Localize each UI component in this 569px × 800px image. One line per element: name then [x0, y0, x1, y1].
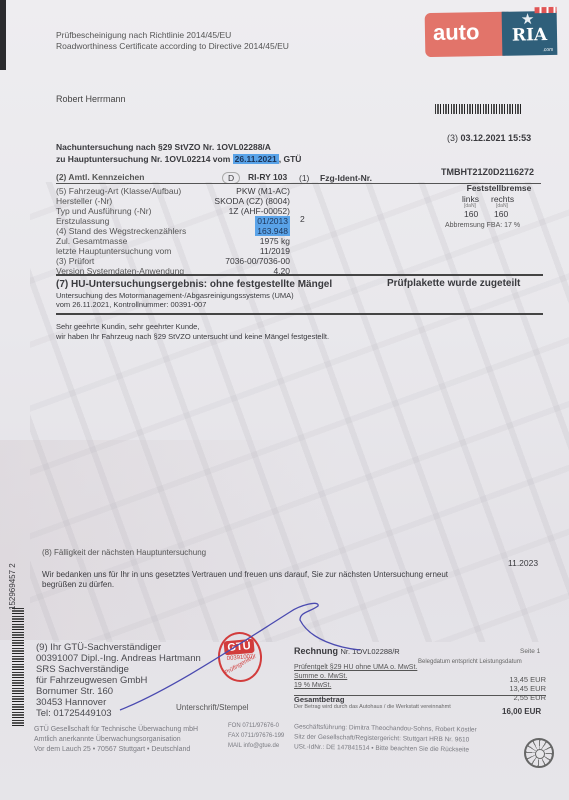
footer-company-line: Amtlich anerkannte Überwachungsorganisat…: [34, 735, 181, 745]
uma-line-2: vom 26.11.2021, Kontrollnummer: 00391-00…: [56, 300, 206, 310]
field-value: 163.948: [190, 226, 290, 236]
field-value: PKW (M1-AC): [190, 186, 290, 196]
expert-line: Tel: 01725449103: [36, 708, 112, 719]
footer-contact-line: FON 0711/97676-0: [228, 722, 279, 732]
invoice-row-value: 13,45 EUR: [470, 675, 546, 684]
field-extra: 2: [300, 214, 305, 224]
sticker-status: Prüfplakette wurde zugeteilt: [387, 278, 520, 289]
autoria-logo: auto ★ RIA .com: [425, 11, 558, 57]
field-value: 1975 kg: [190, 236, 290, 246]
expert-line: für Fahrzeugwesen GmbH: [36, 675, 147, 686]
invoice-row-value: 13,45 EUR: [470, 684, 546, 693]
footer-contact-line: FAX 0711/97676-199: [228, 732, 284, 742]
field-value: 01/2013: [190, 216, 290, 226]
wheel-logo-icon: [524, 738, 554, 768]
invoice-page: Seite 1: [520, 648, 540, 655]
field-label: letzte Hauptuntersuchung vom: [56, 246, 171, 256]
paper-fold: [0, 440, 569, 640]
footer-contact-line: MAIL info@gtue.de: [228, 742, 279, 752]
recipient-name: Robert Herrmann: [56, 94, 126, 104]
field-label: Hersteller (-Nr): [56, 196, 112, 206]
field-label: (5) Fahrzeug-Art (Klasse/Aufbau): [56, 186, 181, 196]
inspection-date-highlight: 26.11.2021: [233, 154, 279, 164]
expert-line: (9) Ihr GTÜ-Sachverständiger: [36, 642, 161, 653]
expert-line: Bornumer Str. 160: [36, 686, 113, 697]
invoice-total-value: 16,00 EUR: [502, 707, 541, 716]
field-label: Erstzulassung: [56, 216, 109, 226]
divider: [56, 274, 543, 276]
logo-ria: ★ RIA .com: [502, 11, 558, 56]
invoice-total-label: Gesamtbetrag: [294, 695, 344, 704]
brake-right-value: 160: [494, 209, 508, 219]
stamp-brand: GTÜ: [224, 639, 255, 656]
inspection-line-2: zu Hauptuntersuchung Nr. 1OVL02214 vom 2…: [56, 154, 301, 164]
expert-line: SRS Sachverständige: [36, 664, 129, 675]
logo-ria-text: RIA: [512, 25, 548, 46]
footer-legal-line: USt.-IdNr.: DE 147841514 • Bitte beachte…: [294, 742, 469, 755]
field-value: SKODA (CZ) (8004): [190, 196, 290, 206]
logo-domain: .com: [542, 47, 553, 53]
page-edge: [0, 0, 6, 70]
brake-left-value: 160: [464, 209, 478, 219]
thanks-line-2: begrüßen zu dürfen.: [42, 580, 114, 590]
field-value: 11/2019: [190, 246, 290, 256]
vin-label-num: (1): [299, 173, 309, 183]
side-barcode: [12, 608, 24, 726]
brake-title: Feststellbremse: [456, 183, 542, 193]
invoice-total-note: Der Betrag wird durch das Autohaus / die…: [294, 704, 451, 710]
star-icon: ★: [522, 12, 534, 27]
result-title: (7) HU-Untersuchungsergebnis: ohne festg…: [56, 279, 332, 290]
inspection-line-1: Nachuntersuchung nach §29 StVZO Nr. 1OVL…: [56, 142, 271, 152]
signature-label: Unterschrift/Stempel: [176, 703, 248, 712]
logo-auto: auto: [425, 12, 506, 57]
invoice-row-label: Prüfentgelt §29 HU ohne UMA o. MwSt.: [294, 664, 417, 671]
invoice-header: Rechnung Nr. 1OVL02288/R: [294, 646, 400, 656]
field-value: 1Z (AHF-00052): [190, 206, 290, 216]
field-label: (4) Stand des Wegstreckenzählers: [56, 226, 186, 236]
greeting: Sehr geehrte Kundin, sehr geehrter Kunde…: [56, 322, 199, 332]
footer-company-line: Vor dem Lauch 25 • 70567 Stuttgart • Deu…: [34, 745, 190, 755]
plate-label: (2) Amtl. Kennzeichen: [56, 172, 144, 182]
vin-value: TMBHT21Z0D2116272: [441, 167, 534, 177]
footer-company-line: GTÜ Gesellschaft für Technische Überwach…: [34, 725, 198, 735]
result-message: wir haben Ihr Fahrzeug nach §29 StVZO un…: [56, 332, 329, 342]
invoice-date-note: Belegdatum entspricht Leistungsdatum: [418, 659, 522, 665]
invoice-row-label: Summe o. MwSt.: [294, 673, 347, 680]
title-en: Roadworthiness Certificate according to …: [56, 41, 289, 52]
thanks-line-1: Wir bedanken uns für Ihr in uns gesetzte…: [42, 570, 448, 580]
field-value: 7036-00/7036-00: [190, 256, 290, 266]
print-datetime: (3) 03.12.2021 15:53: [447, 133, 531, 143]
brake-fba: Abbremsung FBA: 17 %: [445, 222, 520, 229]
field-label: Typ und Ausführung (-Nr): [56, 206, 151, 216]
field-label: (3) Prüfort: [56, 256, 94, 266]
flag-stripes: [535, 7, 557, 13]
expert-line: 00391007 Dipl.-Ing. Andreas Hartmann: [36, 653, 201, 664]
side-number: 152969457 2: [8, 540, 17, 610]
next-inspection-label: (8) Fälligkeit der nächsten Hauptuntersu…: [42, 548, 206, 558]
vin-label: Fzg-Ident-Nr.: [320, 173, 372, 183]
certificate-page: Prüfbescheinigung nach Richtlinie 2014/4…: [0, 0, 569, 800]
barcode: [435, 104, 523, 114]
title-de: Prüfbescheinigung nach Richtlinie 2014/4…: [56, 30, 231, 41]
divider: [56, 313, 543, 315]
next-inspection-value: 11.2023: [508, 558, 538, 568]
invoice-row-label: 19 % MwSt.: [294, 682, 331, 689]
plate-number: RI-RY 103: [248, 172, 287, 182]
field-label: Zul. Gesamtmasse: [56, 236, 127, 246]
expert-line: 30453 Hannover: [36, 697, 106, 708]
